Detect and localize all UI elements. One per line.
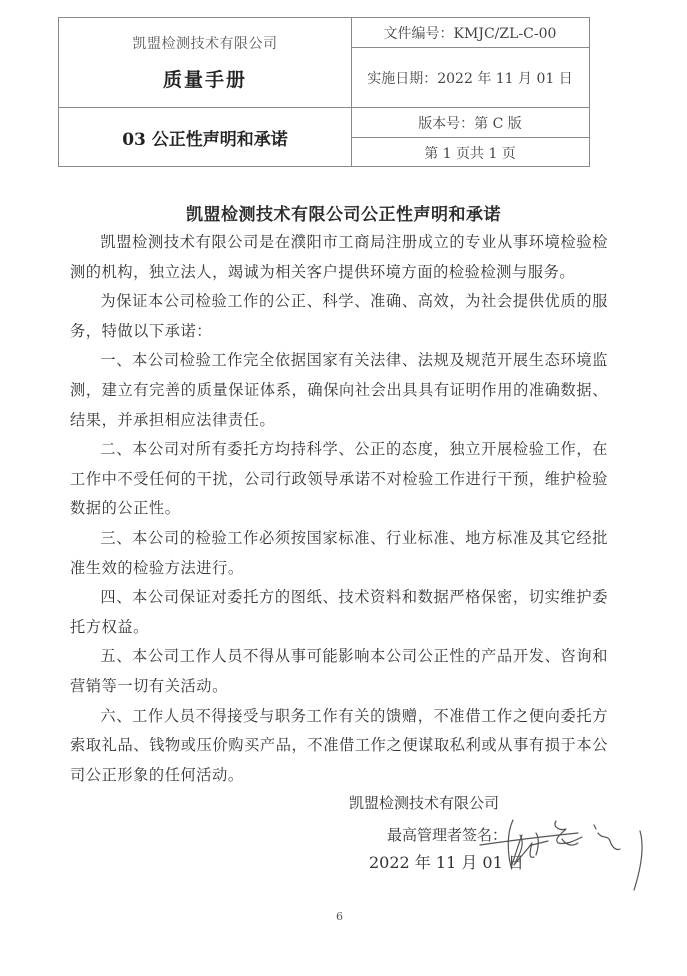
page-number: 6 (336, 910, 343, 923)
effective-date-cell: 实施日期：2022 年 11 月 01 日 (351, 48, 589, 108)
doc-number-cell: 文件编号：KMJC/ZL-C-00 (351, 18, 589, 48)
paragraph-commitment-2: 二、本公司对所有委托方均持科学、公正的态度，独立开展检验工作，在工作中不受任何的… (70, 435, 608, 524)
version: 版本号：第 C 版 (418, 113, 522, 133)
signature-company: 凯盟检测技术有限公司 (349, 792, 499, 813)
header-section-cell: 03 公正性声明和承诺 (59, 108, 351, 167)
paragraph-purpose: 为保证本公司检验工作的公正、科学、准确、高效，为社会提供优质的服务，特做以下承诺… (70, 287, 608, 346)
paragraph-commitment-6: 六、工作人员不得接受与职务工作有关的馈赠，不准借工作之便向委托方索取礼品、钱物或… (70, 702, 608, 791)
handwritten-signature-icon (478, 815, 648, 895)
effective-date: 实施日期：2022 年 11 月 01 日 (367, 68, 573, 88)
header-company-cell: 凯盟检测技术有限公司 质量手册 (59, 18, 351, 108)
paragraph-commitment-1: 一、本公司检验工作完全依据国家有关法律、法规及规范开展生态环境监测，建立有完善的… (70, 346, 608, 435)
document-title: 凯盟检测技术有限公司公正性声明和承诺 (0, 200, 687, 225)
version-cell: 版本号：第 C 版 (351, 108, 589, 138)
page-of: 第 1 页共 1 页 (424, 143, 516, 163)
document-header-table: 凯盟检测技术有限公司 质量手册 03 公正性声明和承诺 文件编号：KMJC/ZL… (58, 17, 590, 167)
paragraph-commitment-3: 三、本公司的检验工作必须按国家标准、行业标准、地方标准及其它经批准生效的检验方法… (70, 524, 608, 583)
header-company-name: 凯盟检测技术有限公司 (133, 33, 278, 53)
header-left-column: 凯盟检测技术有限公司 质量手册 03 公正性声明和承诺 (59, 18, 352, 166)
document-body: 凯盟检测技术有限公司是在濮阳市工商局注册成立的专业从事环境检验检测的机构，独立法… (70, 228, 608, 790)
paragraph-intro: 凯盟检测技术有限公司是在濮阳市工商局注册成立的专业从事环境检验检测的机构，独立法… (70, 228, 608, 287)
section-title: 03 公正性声明和承诺 (122, 125, 288, 150)
paragraph-commitment-5: 五、本公司工作人员不得从事可能影响本公司公正性的产品开发、咨询和营销等一切有关活… (70, 642, 608, 701)
paragraph-commitment-4: 四、本公司保证对委托方的图纸、技术资料和数据严格保密，切实维护委托方权益。 (70, 583, 608, 642)
doc-number: 文件编号：KMJC/ZL-C-00 (384, 23, 557, 43)
page-of-cell: 第 1 页共 1 页 (351, 138, 589, 167)
header-right-column: 文件编号：KMJC/ZL-C-00 实施日期：2022 年 11 月 01 日 … (351, 18, 589, 166)
manual-title: 质量手册 (163, 65, 247, 92)
